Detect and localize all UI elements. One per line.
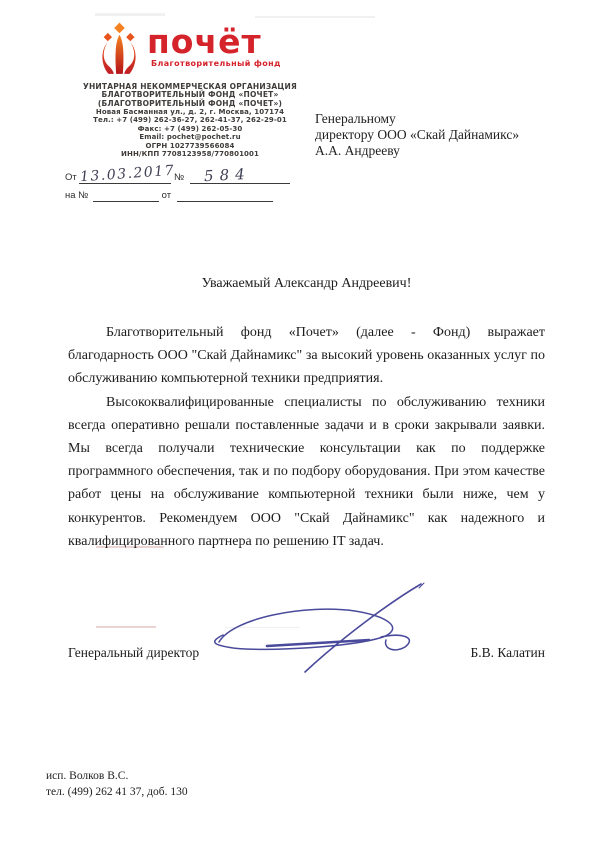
scan-smudge [96,626,156,628]
letter-page: почёт Благотворительный фонд УНИТАРНАЯ Н… [0,0,600,849]
inn-line: ИНН/КПП 7708123958/770801001 [38,150,342,159]
incoming-date-blank-line [177,190,273,202]
scan-smudge [255,16,375,18]
tree-of-figures-icon [98,22,140,78]
executor-block: исп. Волков В.С. тел. (499) 262 41 37, д… [46,768,188,800]
body-paragraph: Благотворительный фонд «Почет» (далее - … [68,321,545,391]
org-details: УНИТАРНАЯ НЕКОММЕРЧЕСКАЯ ОРГАНИЗАЦИЯ БЛА… [38,83,342,159]
from-label: От [65,172,77,184]
signer-position: Генеральный директор [68,645,199,661]
ogrn-line: ОГРН 1027739566084 [38,142,342,151]
email-line: Email: pochet@pochet.ru [38,133,342,142]
reference-row-incoming: на № от [65,190,290,208]
logo-tagline: Благотворительный фонд [151,59,281,68]
phone-line: Тел.: +7 (499) 262-36-27, 262-41-37, 262… [38,116,342,125]
letter-body: Благотворительный фонд «Почет» (далее - … [68,321,545,553]
scan-smudge [95,13,165,16]
signer-name: Б.В. Калатин [470,645,545,661]
logo-wordmark: почёт [147,25,281,58]
of-label: от [162,190,171,202]
logo: почёт Благотворительный фонд [98,22,281,78]
recipient-line: директору ООО «Скай Дайнамикс» [315,127,519,143]
salutation: Уважаемый Александр Андреевич! [68,276,545,292]
address-line: Новая Басманная ул., д. 2, г. Москва, 10… [38,108,342,117]
on-number-label: на № [65,190,88,202]
executor-phone: тел. (499) 262 41 37, доб. 130 [46,784,188,800]
incoming-number-blank-line [93,190,159,202]
handwritten-number: 584 [204,165,252,185]
org-line: (БЛАГОТВОРИТЕЛЬНЫЙ ФОНД «ПОЧЕТ») [38,100,342,108]
handwritten-signature [205,580,450,680]
recipient-line: Генеральному [315,111,519,127]
body-paragraph: Высококвалифицированные специалисты по о… [68,391,545,553]
recipient-line: А.А. Андрееву [315,143,519,159]
recipient-block: Генеральному директору ООО «Скай Дайнами… [315,111,519,159]
signature-row: Генеральный директор Б.В. Калатин [68,645,545,661]
fax-line: Факс: +7 (499) 262-05-30 [38,125,342,134]
executor-name: исп. Волков В.С. [46,768,188,784]
